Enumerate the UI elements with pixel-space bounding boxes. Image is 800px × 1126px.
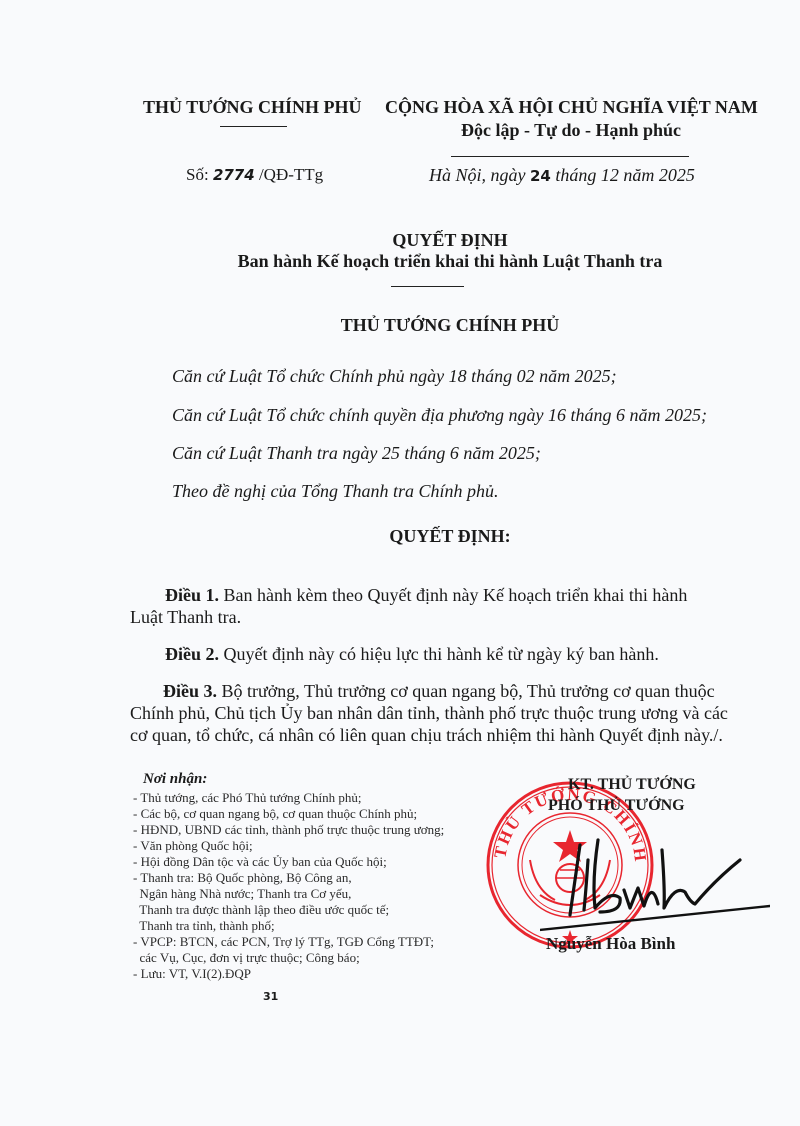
document-subject: Ban hành Kế hoạch triển khai thi hành Lu…: [150, 251, 750, 272]
recipient-item: Thanh tra được thành lập theo điều ước q…: [133, 902, 389, 918]
recipient-item: - Các bộ, cơ quan ngang bộ, cơ quan thuộ…: [133, 806, 417, 822]
number-handwritten: 2774: [213, 166, 255, 184]
article-3-continued: cơ quan, tổ chức, cá nhân có liên quan c…: [130, 725, 723, 746]
country-name: CỘNG HÒA XÃ HỘI CHỦ NGHĨA VIỆT NAM: [385, 97, 757, 118]
recipient-item: - VPCP: BTCN, các PCN, Trợ lý TTg, TGĐ C…: [133, 934, 434, 950]
agency-underline: [220, 126, 287, 127]
article-1-continued: Luật Thanh tra.: [130, 607, 241, 628]
article-text: Ban hành kèm theo Quyết định này Kế hoạc…: [219, 585, 687, 605]
recipient-item: - Lưu: VT, V.I(2).ĐQP: [133, 966, 251, 982]
article-3-continued: Chính phủ, Chủ tịch Ủy ban nhân dân tỉnh…: [130, 703, 728, 724]
article-label: Điều 3.: [163, 681, 217, 701]
recipient-item: - Thanh tra: Bộ Quốc phòng, Bộ Công an,: [133, 870, 352, 886]
recipient-item: Thanh tra tỉnh, thành phố;: [133, 918, 275, 934]
number-prefix: Số:: [186, 165, 213, 184]
clerk-initials: 31: [263, 990, 278, 1003]
recipient-item: - HĐND, UBND các tỉnh, thành phố trực th…: [133, 822, 444, 838]
recipient-item: - Hội đồng Dân tộc và các Ủy ban của Quố…: [133, 854, 387, 870]
document-type: QUYẾT ĐỊNH: [150, 230, 750, 251]
article-label: Điều 2.: [165, 644, 219, 664]
article-3: Điều 3. Bộ trưởng, Thủ trưởng cơ quan ng…: [163, 681, 715, 702]
recipient-item: - Thủ tướng, các Phó Thủ tướng Chính phủ…: [133, 790, 362, 806]
date-day-handwritten: 24: [530, 167, 551, 185]
recipient-item: các Vụ, Cục, đơn vị trực thuộc; Công báo…: [133, 950, 360, 966]
recipient-item: Ngân hàng Nhà nước; Thanh tra Cơ yếu,: [133, 886, 351, 902]
date-prefix: Hà Nội, ngày: [429, 165, 530, 185]
article-1: Điều 1. Ban hành kèm theo Quyết định này…: [165, 585, 687, 606]
handwritten-signature-icon: [540, 820, 770, 940]
issuing-authority: THỦ TƯỚNG CHÍNH PHỦ: [150, 315, 750, 336]
article-text: Bộ trưởng, Thủ trưởng cơ quan ngang bộ, …: [217, 681, 715, 701]
number-suffix: /QĐ-TTg: [255, 165, 323, 184]
recipients-title: Nơi nhận:: [143, 771, 207, 788]
decision-document: THỦ TƯỚNG CHÍNH PHỦ Số: 2774 /QĐ-TTg CỘN…: [0, 0, 800, 1126]
date-suffix: tháng 12 năm 2025: [551, 165, 695, 185]
issue-date: Hà Nội, ngày 24 tháng 12 năm 2025: [429, 165, 695, 186]
national-motto: Độc lập - Tự do - Hạnh phúc: [385, 120, 757, 141]
article-text: Quyết định này có hiệu lực thi hành kể t…: [219, 644, 659, 664]
legal-basis: Căn cứ Luật Thanh tra ngày 25 tháng 6 nă…: [172, 443, 541, 464]
motto-underline: [451, 156, 689, 157]
signer-title: PHÓ THỦ TƯỚNG: [548, 797, 685, 815]
document-number: Số: 2774 /QĐ-TTg: [186, 165, 323, 185]
article-label: Điều 1.: [165, 585, 219, 605]
title-underline: [391, 286, 464, 287]
legal-basis: Căn cứ Luật Tổ chức Chính phủ ngày 18 th…: [172, 366, 617, 387]
signing-capacity: KT. THỦ TƯỚNG: [568, 776, 696, 794]
article-2: Điều 2. Quyết định này có hiệu lực thi h…: [165, 644, 659, 665]
recipient-item: - Văn phòng Quốc hội;: [133, 838, 253, 854]
decide-heading: QUYẾT ĐỊNH:: [150, 526, 750, 547]
issuing-agency: THỦ TƯỚNG CHÍNH PHỦ: [143, 97, 358, 118]
signer-name: Nguyễn Hòa Bình: [546, 934, 675, 954]
legal-basis: Căn cứ Luật Tổ chức chính quyền địa phươ…: [172, 405, 707, 426]
legal-basis: Theo đề nghị của Tổng Thanh tra Chính ph…: [172, 481, 499, 502]
